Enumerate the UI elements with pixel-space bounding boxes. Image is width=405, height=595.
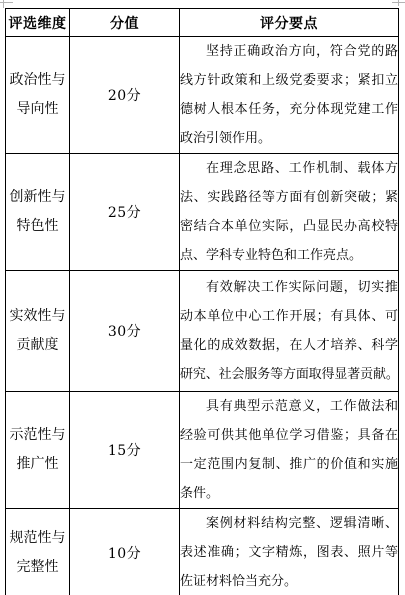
dimension-label-line: 贡献度 — [6, 331, 69, 360]
points-text-line: 法、实践路径等方面有创新突破；紧 — [180, 183, 398, 212]
table-handle-mark-top-left-v — [3, 0, 4, 8]
dimension-label-line: 规范性与 — [6, 524, 69, 553]
table-row: 示范性与 推广性 15分 具有典型示范意义，工作做法和 经验可供其他单位学习借鉴… — [6, 392, 399, 509]
score-cell: 20分 — [70, 37, 180, 154]
points-text-line: 在理念思路、工作机制、载体方 — [180, 154, 398, 183]
table-handle-mark-top-left — [0, 2, 13, 3]
points-cell: 案例材料结构完整、逻辑清晰、 表述准确；文字精炼，图表、照片等 佐证材料恰当充分… — [180, 509, 399, 595]
points-text-line: 经验可供其他单位学习借鉴；具备在 — [180, 421, 398, 450]
points-text-line: 佐证材料恰当充分。 — [180, 567, 398, 595]
dimension-cell: 实效性与 贡献度 — [6, 271, 70, 392]
points-cell: 具有典型示范意义，工作做法和 经验可供其他单位学习借鉴；具备在 一定范围内复制、… — [180, 392, 399, 509]
points-text-line: 坚持正确政治方向，符合党的路 — [180, 37, 398, 66]
dimension-label-line: 推广性 — [6, 450, 69, 479]
score-cell: 25分 — [70, 154, 180, 271]
dimension-label-line: 导向性 — [6, 95, 69, 124]
points-cell: 坚持正确政治方向，符合党的路 线方针政策和上级党委要求；紧扣立 德树人根本任务，… — [180, 37, 399, 154]
points-text-line: 具有典型示范意义，工作做法和 — [180, 392, 398, 421]
dimension-label-line: 示范性与 — [6, 421, 69, 450]
dimension-cell: 规范性与 完整性 — [6, 509, 70, 595]
dimension-cell: 政治性与 导向性 — [6, 37, 70, 154]
points-text-line: 密结合本单位实际，凸显民办高校特 — [180, 212, 398, 241]
score-cell: 30分 — [70, 271, 180, 392]
dimension-label-line: 完整性 — [6, 553, 69, 582]
header-points: 评分要点 — [180, 9, 399, 37]
points-text-line: 线方针政策和上级党委要求；紧扣立 — [180, 66, 398, 95]
dimension-label-line: 创新性与 — [6, 183, 69, 212]
points-text-line: 动本单位中心工作开展；有具体、可 — [180, 302, 398, 331]
header-score: 分值 — [70, 9, 180, 37]
table-row: 实效性与 贡献度 30分 有效解决工作实际问题，切实推 动本单位中心工作开展；有… — [6, 271, 399, 392]
points-text-line: 有效解决工作实际问题，切实推 — [180, 273, 398, 302]
dimension-cell: 示范性与 推广性 — [6, 392, 70, 509]
score-cell: 15分 — [70, 392, 180, 509]
score-cell: 10分 — [70, 509, 180, 595]
points-text-line: 点、学科专业特色和工作亮点。 — [180, 241, 398, 270]
dimension-label-line: 实效性与 — [6, 302, 69, 331]
points-text-line: 研究、社会服务等方面取得显著贡献。 — [180, 360, 398, 389]
dimension-cell: 创新性与 特色性 — [6, 154, 70, 271]
dimension-label-line: 特色性 — [6, 212, 69, 241]
points-text-line: 政治引领作用。 — [180, 124, 398, 153]
points-cell: 在理念思路、工作机制、载体方 法、实践路径等方面有创新突破；紧 密结合本单位实际… — [180, 154, 399, 271]
points-text-line: 德树人根本任务，充分体现党建工作 — [180, 95, 398, 124]
table-header-row: 评选维度 分值 评分要点 — [6, 9, 399, 37]
dimension-label-line: 政治性与 — [6, 66, 69, 95]
header-dimension: 评选维度 — [6, 9, 70, 37]
points-text-line: 一定范围内复制、推广的价值和实施 — [180, 450, 398, 479]
table-row: 创新性与 特色性 25分 在理念思路、工作机制、载体方 法、实践路径等方面有创新… — [6, 154, 399, 271]
table-handle-mark-top-right-v — [398, 0, 399, 6]
points-text-line: 表述准确；文字精炼，图表、照片等 — [180, 538, 398, 567]
table-row: 规范性与 完整性 10分 案例材料结构完整、逻辑清晰、 表述准确；文字精炼，图表… — [6, 509, 399, 595]
points-cell: 有效解决工作实际问题，切实推 动本单位中心工作开展；有具体、可 量化的成效数据，… — [180, 271, 399, 392]
points-text-line: 案例材料结构完整、逻辑清晰、 — [180, 509, 398, 538]
points-text-line: 条件。 — [180, 479, 398, 508]
evaluation-rubric-table: 评选维度 分值 评分要点 政治性与 导向性 20分 坚持正确政治方向，符合党的路… — [5, 8, 399, 595]
table-row: 政治性与 导向性 20分 坚持正确政治方向，符合党的路 线方针政策和上级党委要求… — [6, 37, 399, 154]
points-text-line: 量化的成效数据，在人才培养、科学 — [180, 331, 398, 360]
